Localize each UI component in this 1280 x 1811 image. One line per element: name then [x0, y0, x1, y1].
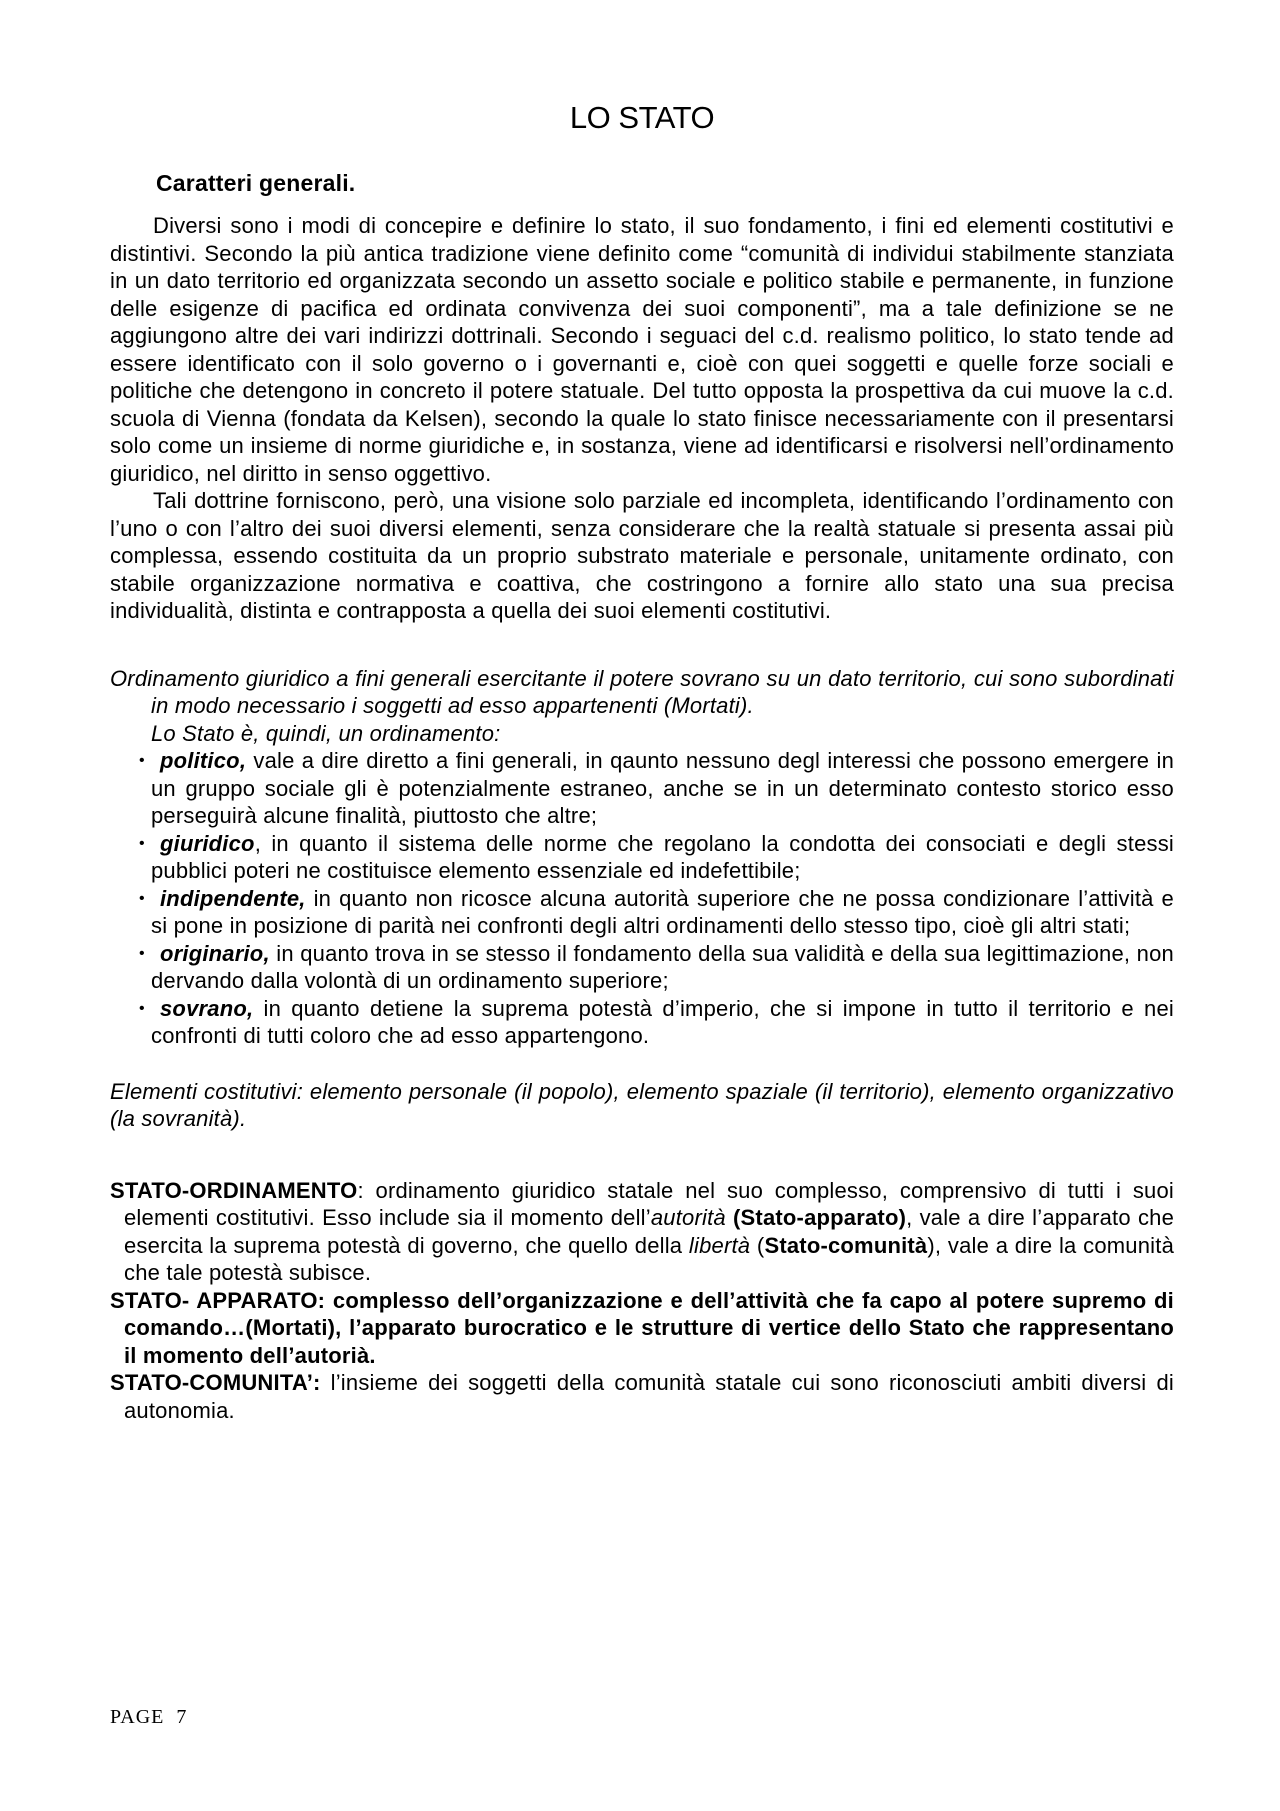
bullet-text: in quanto trova in se stesso il fondamen…	[151, 941, 1174, 994]
bullet-text: in quanto detiene la suprema potestà d’i…	[151, 996, 1174, 1049]
section-heading: Caratteri generali.	[156, 169, 1174, 197]
definition-stato-ordinamento: STATO-ORDINAMENTO: ordinamento giuridico…	[110, 1177, 1174, 1287]
bullet-term: originario,	[160, 941, 270, 966]
definition-stato-comunita: STATO-COMUNITA’: l’insieme dei soggetti …	[110, 1369, 1174, 1424]
bullet-term: indipendente,	[160, 886, 306, 911]
definition-term-stato-comunita: Stato-comunità	[764, 1233, 927, 1258]
bullet-term: giuridico	[160, 831, 255, 856]
paragraph-doctrines-critique: Tali dottrine forniscono, però, una visi…	[110, 487, 1174, 625]
definitions-block: STATO-ORDINAMENTO: ordinamento giuridico…	[110, 1177, 1174, 1425]
list-item-indipendente: indipendente, in quanto non ricosce alcu…	[110, 885, 1174, 940]
bullet-term: sovrano,	[160, 996, 253, 1021]
ordinamento-definition-italic: Ordinamento giuridico a fini generali es…	[110, 665, 1174, 720]
bullet-text: , in quanto il sistema delle norme che r…	[151, 831, 1174, 884]
bullet-term: politico,	[160, 748, 246, 773]
paragraph-state-definitions: Diversi sono i modi di concepire e defin…	[110, 212, 1174, 487]
list-item-politico: politico, vale a dire diretto a fini gen…	[110, 747, 1174, 830]
constitutive-elements-note: Elementi costitutivi: elemento personale…	[110, 1078, 1174, 1133]
definition-term-stato-apparato: (Stato-apparato)	[733, 1205, 906, 1230]
ordinamento-list-lead: Lo Stato è, quindi, un ordinamento:	[151, 720, 1174, 748]
document-page: LO STATO Caratteri generali. Diversi son…	[0, 0, 1280, 1811]
definition-stato-apparato: STATO- APPARATO: complesso dell’organizz…	[110, 1287, 1174, 1370]
definition-label: STATO-COMUNITA’:	[110, 1370, 321, 1395]
definition-label: STATO-ORDINAMENTO	[110, 1178, 357, 1203]
state-properties-list: politico, vale a dire diretto a fini gen…	[110, 747, 1174, 1050]
list-item-giuridico: giuridico, in quanto il sistema delle no…	[110, 830, 1174, 885]
page-content: LO STATO Caratteri generali. Diversi son…	[110, 0, 1174, 1424]
list-item-sovrano: sovrano, in quanto detiene la suprema po…	[110, 995, 1174, 1050]
definition-term-liberta: libertà	[689, 1233, 750, 1258]
page-title: LO STATO	[110, 0, 1174, 136]
definition-text	[726, 1205, 733, 1230]
page-number: PAGE 7	[110, 1705, 187, 1729]
list-item-originario: originario, in quanto trova in se stesso…	[110, 940, 1174, 995]
definition-term-autorita: autorità	[651, 1205, 726, 1230]
definition-text: (	[750, 1233, 764, 1258]
bullet-text: vale a dire diretto a fini generali, in …	[151, 748, 1174, 828]
